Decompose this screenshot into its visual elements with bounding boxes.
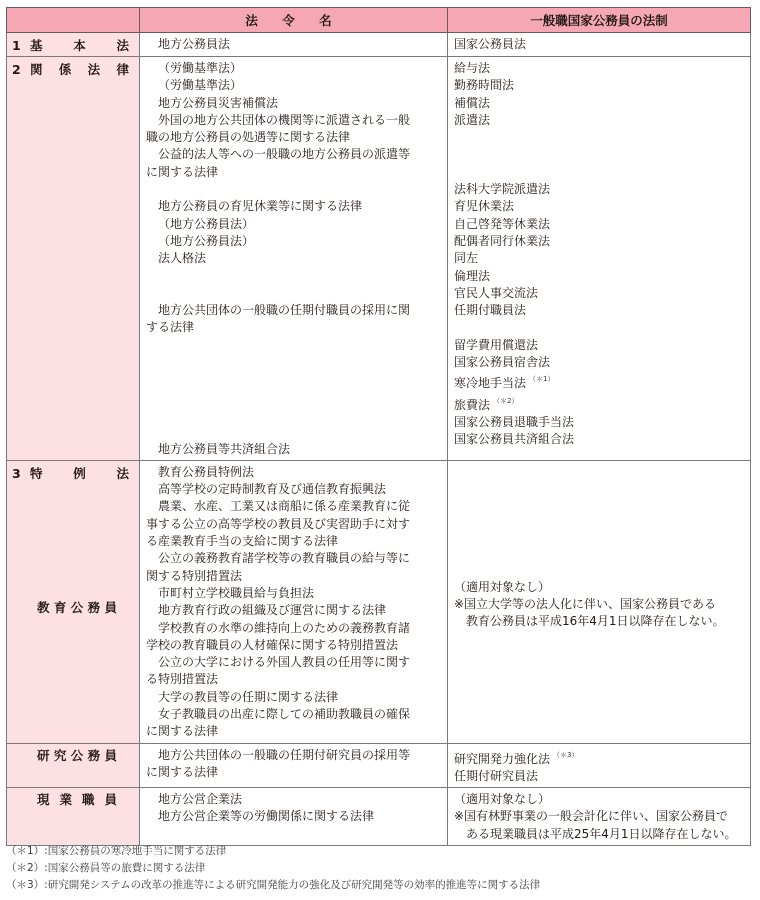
law-name: 自己啓発等休業法 [454,216,744,233]
note-line: ※国有林野事業の一般会計化に伴い、国家公務員で [454,808,744,825]
law-name-text: 自己啓発等休業法 [454,217,550,231]
spacer-line [454,319,744,336]
law-name-text: 同左 [454,251,478,265]
law-name: 給与法 [454,60,744,77]
law-name-text: 法科大学院派遣法 [454,182,550,196]
note-line: ある現業職員は平成25年4月1日以降存在しない。 [454,826,744,843]
law-name-text: 給与法 [454,61,490,75]
law-name: 留学費用償還法 [454,337,744,354]
law-name: （労働基準法） [146,77,441,94]
note-line: 教育公務員は平成16年4月1日以降存在しない。 [454,613,744,630]
law-name: る特別措置法 [146,671,441,688]
law-name: 派遣法 [454,112,744,129]
category-char: 業 [59,791,72,808]
category-char: 律 [116,61,129,78]
law-name-text: 地方公務員法 [158,37,230,51]
law-name-text: 学校教育の水準の維持向上のための義務教育諸 [158,621,410,635]
law-name-text: 関する特別措置法 [146,569,242,583]
law-name-text: 国家公務員退職手当法 [454,415,574,429]
local-law-cell: 教育公務員特例法高等学校の定時制教育及び通信教育振興法農業、水産、工業又は商船に… [140,460,448,743]
law-name: 国家公務員共済組合法 [454,431,744,448]
law-name: に関する法律 [146,164,441,181]
law-name-text: 高等学校の定時制教育及び通信教育振興法 [158,482,386,496]
law-name-text: 教育公務員特例法 [158,465,254,479]
law-name: 地方公営企業法 [146,791,441,808]
category-char: 務 [88,599,101,616]
national-law-cell: （適用対象なし） ※国有林野事業の一般会計化に伴い、国家公務員で ある現業職員は… [448,788,751,846]
law-name: 旅費法（＊2） [454,393,744,414]
law-name-text: 派遣法 [454,113,490,127]
spacer-line [146,371,441,388]
law-name-text: 配偶者同行休業法 [454,234,550,248]
spacer-line [146,406,441,423]
law-name-text: 公立の大学における外国人教員の任用等に関す [158,655,410,669]
category-char: 例 [73,465,86,482]
law-name: 地方公共団体の一般職の任期付職員の採用に関 [146,302,441,319]
law-name: 職の地方公務員の処遇等に関する法律 [146,129,441,146]
category-char: 員 [104,791,117,808]
category-char: 特 [30,465,43,482]
law-name: 女子教職員の出産に際しての補助教職員の確保 [146,706,441,723]
law-name-text: 地方公務員災害補償法 [158,96,278,110]
law-name: 大学の教員等の任期に関する法律 [146,689,441,706]
law-name-text: 女子教職員の出産に際しての補助教職員の確保 [158,707,410,721]
category-char: 公 [71,747,84,764]
category-field-staff: 現 業 職 員 [7,788,140,846]
law-name-text: する法律 [146,320,194,334]
law-name-text: 公立の義務教育諸学校等の教育職員の給与等に [158,551,410,565]
law-name: 地方公務員の育児休業等に関する法律 [146,198,441,215]
law-comparison-table: 法 令 名 一般職国家公務員の法制 1 基 本 法 地方公務員法 国家公務員法 … [6,7,751,846]
law-name-text: 国家公務員共済組合法 [454,432,574,446]
category-research-officials: 研 究 公 務 員 [7,743,140,788]
law-name: 勤務時間法 [454,77,744,94]
spacer-line [146,337,441,354]
local-law-cell: 地方公共団体の一般職の任期付研究員の採用等に関する法律 [140,743,448,788]
category-char: 本 [73,37,86,54]
category-char: 教 [37,599,50,616]
spacer-line [146,354,441,371]
law-name-text: 官民人事交流法 [454,286,538,300]
law-name: （地方公務員法） [146,216,441,233]
row-special-education: 3 特 例 法 教 育 公 務 員 教育公務員特例法高等学校の定時制教育及び通信… [7,460,751,743]
law-name: 教育公務員特例法 [146,464,441,481]
law-name-text: （地方公務員法） [158,234,254,248]
category-basic-law: 1 基 本 法 [7,33,140,57]
not-applicable-label: （適用対象なし） [454,791,744,808]
footnote-reference: （＊2） [493,397,518,405]
law-name-text: 地方教育行政の組織及び運営に関する法律 [158,603,386,617]
note-line: ※国立大学等の法人化に伴い、国家公務員である [454,596,744,613]
category-special-laws-education: 3 特 例 法 教 育 公 務 員 [7,460,140,743]
subcategory-education-officials: 教 育 公 務 員 [7,599,139,616]
spacer-line [146,268,441,285]
law-name-text: 研究開発力強化法 [454,752,550,766]
law-name: 国家公務員法 [454,36,744,53]
law-name: 高等学校の定時制教育及び通信教育振興法 [146,481,441,498]
law-name-text: 市町村立学校職員給与負担法 [158,586,314,600]
law-name: 国家公務員宿舎法 [454,354,744,371]
row-research-officials: 研 究 公 務 員 地方公共団体の一般職の任期付研究員の採用等に関する法律 研究… [7,743,751,788]
category-char: 関 [30,61,43,78]
law-name-text: 国家公務員宿舎法 [454,355,550,369]
category-char: 法 [116,37,129,54]
not-applicable-label: （適用対象なし） [454,579,744,596]
law-name-text: 大学の教員等の任期に関する法律 [158,690,338,704]
law-name: 法科大学院派遣法 [454,181,744,198]
footnote-2: （＊2）:国家公務員等の旅費に関する法律 [6,860,540,877]
law-name: に関する法律 [146,723,441,740]
national-law-cell: 国家公務員法 [448,33,751,57]
category-char: 公 [71,599,84,616]
law-name: 任期付研究員法 [454,768,744,785]
law-name: 地方公共団体の一般職の任期付研究員の採用等 [146,747,441,764]
law-name: 国家公務員退職手当法 [454,414,744,431]
row-field-staff: 現 業 職 員 地方公営企業法地方公営企業等の労働関係に関する法律 （適用対象な… [7,788,751,846]
header-row: 法 令 名 一般職国家公務員の法制 [7,8,751,33]
national-law-cell: 給与法勤務時間法補償法派遣法法科大学院派遣法育児休業法自己啓発等休業法配偶者同行… [448,57,751,461]
law-name: する法律 [146,319,441,336]
local-law-cell: 地方公務員法 [140,33,448,57]
footnote-reference: （＊1） [529,375,554,383]
law-name: 地方教育行政の組織及び運営に関する法律 [146,602,441,619]
law-name-text: 任期付職員法 [454,303,526,317]
header-category [7,8,140,33]
law-name: 地方公務員等共済組合法 [146,441,441,458]
law-name-text: 留学費用償還法 [454,338,538,352]
law-name-text: 地方公営企業法 [158,792,242,806]
footnote-3: （＊3）:研究開発システムの改革の推進等による研究開発能力の強化及び研究開発等の… [6,877,540,894]
row-related-laws: 2 関 係 法 律 （労働基準法）（労働基準法）地方公務員災害補償法外国の地方公… [7,57,751,461]
law-name: 学校の教育職員の人材確保に関する特別措置法 [146,637,441,654]
law-name-text: （労働基準法） [158,61,242,75]
category-number: 1 [12,37,26,54]
spacer-line [146,285,441,302]
category-number: 2 [12,61,26,78]
law-name: 事する公立の高等学校の教員及び実習助手に対す [146,516,441,533]
national-law-cell: （適用対象なし） ※国立大学等の法人化に伴い、国家公務員である 教育公務員は平成… [448,460,751,743]
law-name: 外国の地方公共団体の機関等に派遣される一般 [146,112,441,129]
category-char: 員 [104,747,117,764]
category-char: 育 [54,599,67,616]
law-name-text: に関する法律 [146,165,218,179]
category-char: 研 [37,747,50,764]
header-national-law: 一般職国家公務員の法制 [448,8,751,33]
spacer-line [454,164,744,181]
local-law-cell: （労働基準法）（労働基準法）地方公務員災害補償法外国の地方公共団体の機関等に派遣… [140,57,448,461]
law-name-text: 公益的法人等への一般職の地方公務員の派遣等 [158,147,410,161]
law-name-text: 地方公務員等共済組合法 [158,442,290,456]
law-name-text: 地方公営企業等の労働関係に関する法律 [158,809,374,823]
law-name-text: る産業教育手当の支給に関する法律 [146,534,338,548]
header-local-law-name: 法 令 名 [140,8,448,33]
law-name-text: 職の地方公務員の処遇等に関する法律 [146,130,350,144]
category-char: 係 [59,61,72,78]
law-name: 地方公営企業等の労働関係に関する法律 [146,808,441,825]
law-name: 学校教育の水準の維持向上のための義務教育諸 [146,620,441,637]
law-name-text: （労働基準法） [158,78,242,92]
law-name: 公益的法人等への一般職の地方公務員の派遣等 [146,146,441,163]
law-name-text: 任期付研究員法 [454,769,538,783]
category-char: 法 [88,61,101,78]
category-char: 職 [82,791,95,808]
law-name: 法人格法 [146,250,441,267]
national-law-cell: 研究開発力強化法（＊3）任期付研究員法 [448,743,751,788]
footnote-1: （＊1）:国家公務員の寒冷地手当に関する法律 [6,843,540,860]
law-name: 寒冷地手当法（＊1） [454,371,744,392]
law-name-text: に関する法律 [146,765,218,779]
law-name: 市町村立学校職員給与負担法 [146,585,441,602]
category-char: 法 [116,465,129,482]
law-name-text: 農業、水産、工業又は商船に係る産業教育に従 [158,499,410,513]
law-name-text: 外国の地方公共団体の機関等に派遣される一般 [158,113,410,127]
category-char: 務 [88,747,101,764]
law-name: 地方公務員災害補償法 [146,95,441,112]
law-name: に関する法律 [146,764,441,781]
law-name-text: 地方公共団体の一般職の任期付職員の採用に関 [158,303,410,317]
local-law-cell: 地方公営企業法地方公営企業等の労働関係に関する法律 [140,788,448,846]
spacer-line [146,181,441,198]
law-name: 研究開発力強化法（＊3） [454,747,744,768]
spacer-line [146,423,441,440]
category-char: 現 [37,791,50,808]
law-name: 関する特別措置法 [146,568,441,585]
spacer-line [454,129,744,146]
law-name-text: 法人格法 [158,251,206,265]
law-name: 配偶者同行休業法 [454,233,744,250]
law-name-text: 事する公立の高等学校の教員及び実習助手に対す [146,517,410,531]
law-name: 同左 [454,250,744,267]
law-name-text: 育児休業法 [454,199,514,213]
spacer-line [146,389,441,406]
law-name: 任期付職員法 [454,302,744,319]
footnote-reference: （＊3） [553,751,578,759]
spacer-line [454,146,744,163]
law-name-text: 倫理法 [454,269,490,283]
law-name-text: 勤務時間法 [454,78,514,92]
law-name-text: に関する法律 [146,724,218,738]
category-label: 特 例 法 [26,465,129,482]
header-local-law-label: 法 令 名 [245,13,341,28]
law-name: 倫理法 [454,268,744,285]
law-name: 農業、水産、工業又は商船に係る産業教育に従 [146,498,441,515]
law-name-text: 学校の教育職員の人材確保に関する特別措置法 [146,638,398,652]
category-char: 究 [54,747,67,764]
law-name: 育児休業法 [454,198,744,215]
law-name-text: （地方公務員法） [158,217,254,231]
law-name: （地方公務員法） [146,233,441,250]
law-name: 公立の大学における外国人教員の任用等に関す [146,654,441,671]
law-name: る産業教育手当の支給に関する法律 [146,533,441,550]
law-name-text: 補償法 [454,96,490,110]
category-char: 基 [30,37,43,54]
law-name-text: 寒冷地手当法 [454,376,526,390]
law-name: （労働基準法） [146,60,441,77]
law-name-text: 地方公務員の育児休業等に関する法律 [158,199,362,213]
category-number: 3 [12,465,26,482]
law-name: 公立の義務教育諸学校等の教育職員の給与等に [146,550,441,567]
category-label: 基 本 法 [26,37,129,54]
law-name: 補償法 [454,95,744,112]
law-name: 地方公務員法 [146,36,441,53]
law-name-text: る特別措置法 [146,672,218,686]
category-label: 関 係 法 律 [26,61,129,78]
row-basic-law: 1 基 本 法 地方公務員法 国家公務員法 [7,33,751,57]
category-related-laws: 2 関 係 法 律 [7,57,140,461]
law-name: 官民人事交流法 [454,285,744,302]
law-name-text: 国家公務員法 [454,37,526,51]
category-char: 員 [104,599,117,616]
law-name-text: 旅費法 [454,398,490,412]
law-name-text: 地方公共団体の一般職の任期付研究員の採用等 [158,748,410,762]
footnotes: （＊1）:国家公務員の寒冷地手当に関する法律 （＊2）:国家公務員等の旅費に関す… [6,843,540,894]
